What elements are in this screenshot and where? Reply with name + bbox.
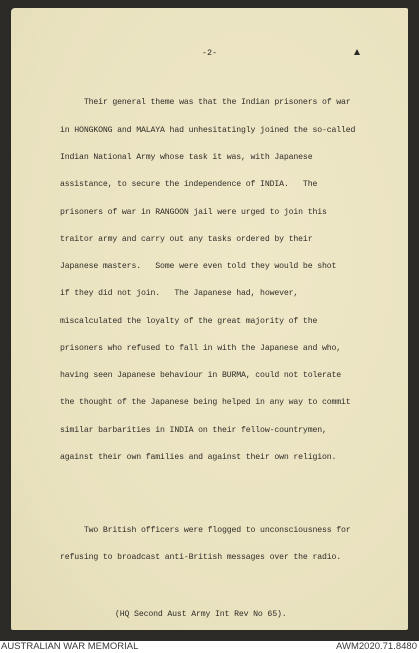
text-line: refusing to broadcast anti-British messa… bbox=[60, 553, 390, 562]
text-line: miscalculated the loyalty of the great m… bbox=[60, 317, 390, 326]
source-reference: (HQ Second Aust Army Int Rev No 65). bbox=[60, 610, 390, 619]
text-line: Their general theme was that the Indian … bbox=[60, 98, 390, 107]
page-number: -2- bbox=[11, 48, 408, 58]
text-line: assistance, to secure the independence o… bbox=[60, 180, 390, 189]
text-line: if they did not join. The Japanese had, … bbox=[60, 289, 390, 298]
pencil-mark-icon bbox=[354, 49, 360, 55]
text-line: prisoners of war in RANGOON jail were ur… bbox=[60, 208, 390, 217]
text-line: Japanese masters. Some were even told th… bbox=[60, 262, 390, 271]
text-line: the thought of the Japanese being helped… bbox=[60, 398, 390, 407]
institution-name: AUSTRALIAN WAR MEMORIAL bbox=[1, 641, 138, 653]
paragraph-2: Two British officers were flogged to unc… bbox=[60, 508, 390, 581]
text-line: traitor army and carry out any tasks ord… bbox=[60, 235, 390, 244]
footer: AUSTRALIAN WAR MEMORIAL AWM2020.71.8480 bbox=[0, 641, 419, 653]
text-line: in HONGKONG and MALAYA had unhesitatingl… bbox=[60, 126, 390, 135]
text-line: Indian National Army whose task it was, … bbox=[60, 153, 390, 162]
text-line: having seen Japanese behaviour in BURMA,… bbox=[60, 371, 390, 380]
paragraph-1: Their general theme was that the Indian … bbox=[60, 80, 390, 480]
text-line: similar barbarities in INDIA on their fe… bbox=[60, 426, 390, 435]
text-line: prisoners who refused to fall in with th… bbox=[60, 344, 390, 353]
accession-number: AWM2020.71.8480 bbox=[336, 641, 417, 653]
text-line: Two British officers were flogged to unc… bbox=[60, 526, 390, 535]
text-line: against their own families and against t… bbox=[60, 453, 390, 462]
document-body: Their general theme was that the Indian … bbox=[60, 62, 390, 629]
